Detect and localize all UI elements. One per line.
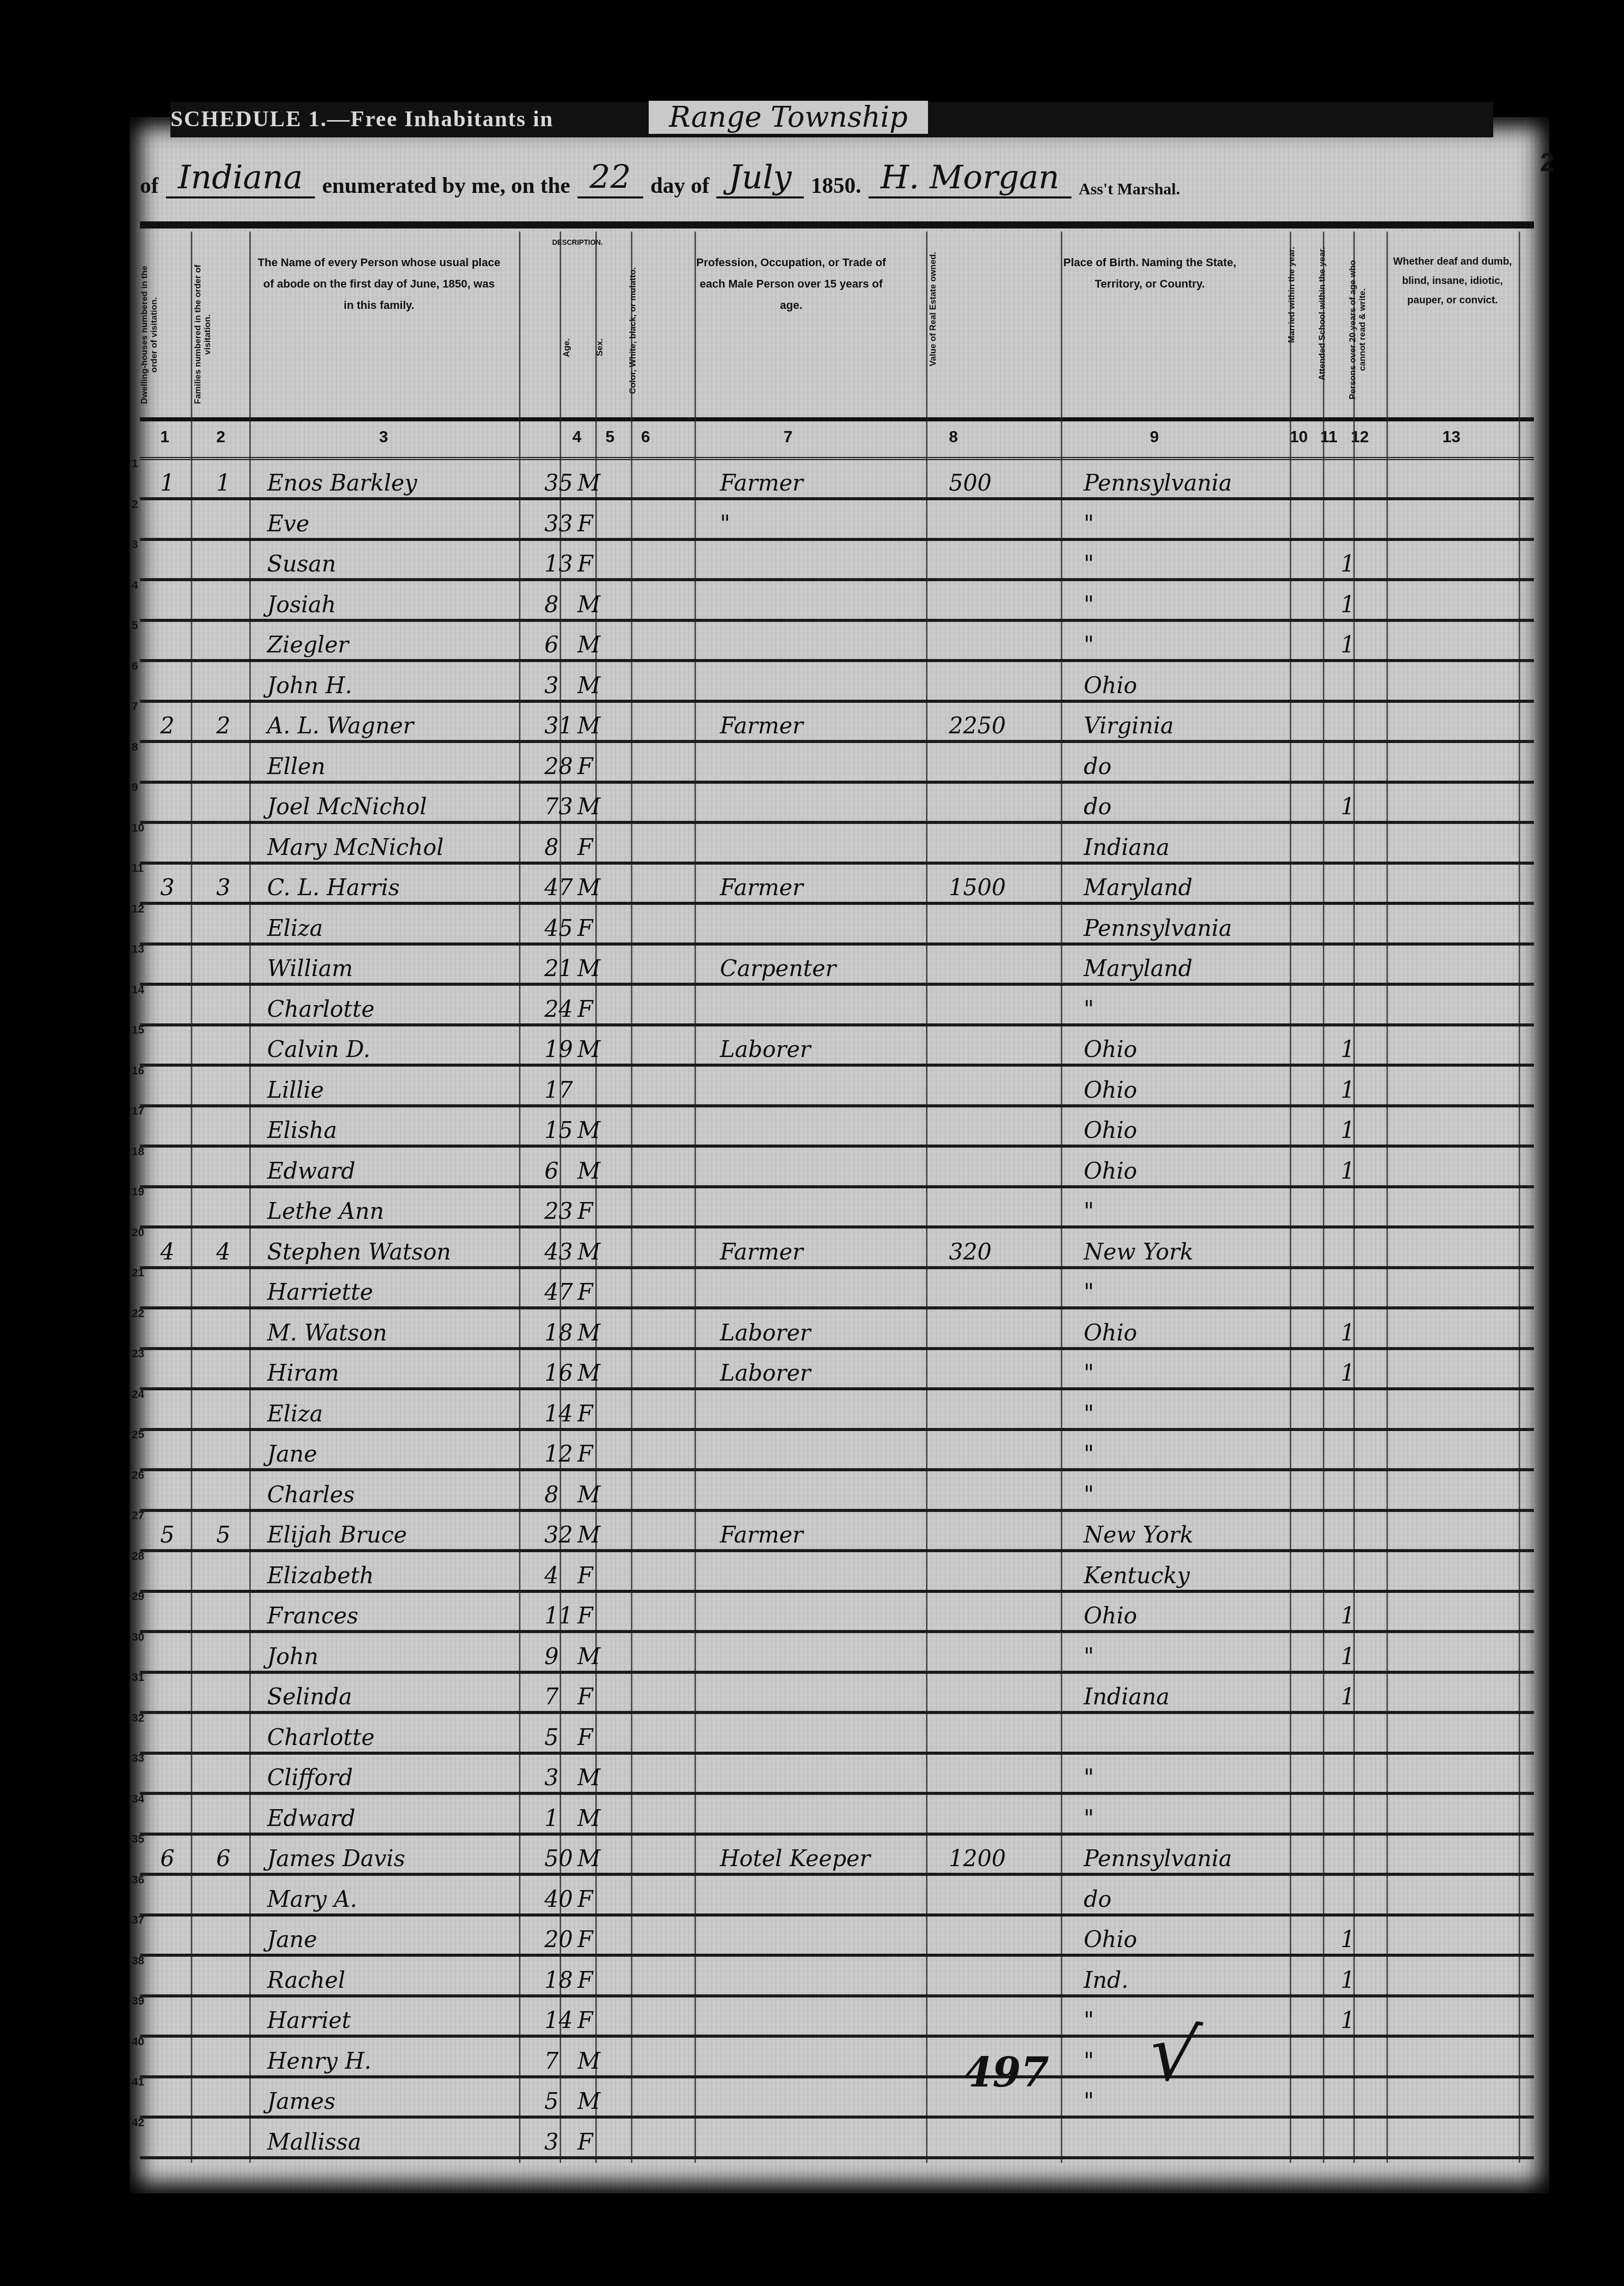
person-name: Jane <box>267 1441 317 1467</box>
column-header-name: The Name of every Person whose usual pla… <box>257 232 501 417</box>
school-attendance: 1 <box>1341 1077 1355 1103</box>
census-row: 25 Jane 12 F " <box>140 1428 1534 1471</box>
person-sex: F <box>577 1887 593 1912</box>
line-number: 14 <box>132 983 144 996</box>
census-row: 26 Charles 8 M " <box>140 1469 1534 1512</box>
birthplace: " <box>1084 2048 1094 2074</box>
line-number: 22 <box>132 1307 144 1320</box>
birthplace: Ohio <box>1084 1037 1137 1063</box>
person-name: Joel McNichol <box>267 794 427 820</box>
census-row: 38 Rachel 18 F Ind. 1 <box>140 1954 1534 1997</box>
census-row: 27 5 5 Elijah Bruce 32 M Farmer New York <box>140 1509 1534 1552</box>
person-age: 3 <box>544 673 559 699</box>
person-sex: F <box>577 1563 593 1589</box>
person-sex: F <box>577 551 593 577</box>
person-occupation: Farmer <box>720 713 803 739</box>
person-sex: M <box>577 592 600 618</box>
person-age: 13 <box>544 551 573 577</box>
person-sex: M <box>577 632 600 658</box>
enumerated-text: enumerated by me, on the <box>322 173 570 198</box>
person-name: Ellen <box>267 754 326 780</box>
person-occupation: Hotel Keeper <box>720 1846 871 1872</box>
birthplace: Ohio <box>1084 1118 1137 1144</box>
person-sex: M <box>577 2048 600 2074</box>
column-header-real-estate: Value of Real Estate owned. <box>929 232 984 417</box>
census-row: 16 Lillie 17 Ohio 1 <box>140 1064 1534 1107</box>
real-estate-value: 320 <box>949 1239 992 1265</box>
real-estate-value: 2250 <box>949 713 1006 739</box>
line-number: 34 <box>132 1792 144 1806</box>
line-number: 6 <box>132 660 138 673</box>
line-number: 8 <box>132 740 138 754</box>
census-row: 19 Lethe Ann 23 F " <box>140 1185 1534 1228</box>
column-header-sex: Sex. <box>595 232 626 417</box>
birthplace: " <box>1084 551 1094 577</box>
person-occupation: Carpenter <box>720 956 836 982</box>
person-name: Selinda <box>267 1684 352 1710</box>
line-number: 11 <box>132 862 143 875</box>
column-header-disability: Whether deaf and dumb, blind, insane, id… <box>1386 232 1519 417</box>
person-sex: F <box>577 2129 593 2155</box>
birthplace: Indiana <box>1084 1684 1170 1710</box>
census-row: 10 Mary McNichol 8 F Indiana <box>140 821 1534 865</box>
line-number: 17 <box>132 1104 144 1118</box>
census-row: 39 Harriet 14 F " 1 <box>140 1994 1534 2038</box>
person-name: Enos Barkley <box>267 470 417 496</box>
line-number: 20 <box>132 1226 144 1239</box>
line-number: 5 <box>132 619 138 632</box>
birthplace: " <box>1084 1806 1094 1832</box>
person-sex: F <box>577 1441 593 1467</box>
line-number: 24 <box>132 1388 144 1401</box>
person-age: 16 <box>544 1360 573 1386</box>
line-number: 19 <box>132 1185 144 1198</box>
person-age: 6 <box>544 1158 559 1184</box>
person-sex: M <box>577 1482 600 1508</box>
census-row: 7 2 2 A. L. Wagner 31 M Farmer 2250 Virg… <box>140 700 1534 743</box>
person-sex: M <box>577 2089 600 2114</box>
person-sex: M <box>577 1158 600 1184</box>
person-name: Edward <box>267 1806 355 1832</box>
column-header-birthplace: Place of Birth. Naming the State, Territ… <box>1056 232 1244 417</box>
person-name: Eve <box>267 511 309 537</box>
line-number: 29 <box>132 1590 144 1603</box>
person-sex: F <box>577 1198 593 1224</box>
dwelling-number: 2 <box>160 713 175 739</box>
person-sex: M <box>577 470 600 496</box>
heading-rule <box>140 221 1534 228</box>
person-sex: F <box>577 1725 593 1751</box>
real-estate-value: 500 <box>949 470 992 496</box>
census-row: 6 John H. 3 M Ohio <box>140 660 1534 703</box>
birthplace: " <box>1084 2008 1094 2034</box>
family-number: 4 <box>216 1239 230 1265</box>
census-row: 30 John 9 M " 1 <box>140 1631 1534 1674</box>
enumeration-month: July <box>716 159 804 198</box>
person-age: 47 <box>544 875 573 901</box>
person-sex: M <box>577 1037 600 1063</box>
dwelling-number: 5 <box>160 1522 175 1548</box>
person-name: Eliza <box>267 916 323 941</box>
person-age: 20 <box>544 1927 573 1953</box>
birthplace: Ohio <box>1084 1077 1137 1103</box>
census-page: SCHEDULE 1.—Free Inhabitants in Range To… <box>130 117 1549 2193</box>
dwelling-number: 4 <box>160 1239 175 1265</box>
marshal-text: Ass't Marshal. <box>1079 180 1180 198</box>
birthplace: Indiana <box>1084 835 1170 861</box>
person-name: Charlotte <box>267 1725 374 1751</box>
column-number: 13 <box>1442 427 1461 446</box>
line-number: 21 <box>132 1266 144 1279</box>
line-number: 26 <box>132 1469 144 1482</box>
census-row: 22 M. Watson 18 M Laborer Ohio 1 <box>140 1307 1534 1350</box>
person-age: 18 <box>544 1320 573 1346</box>
school-attendance: 1 <box>1341 1644 1355 1670</box>
birthplace: Pennsylvania <box>1084 1846 1232 1872</box>
line-number: 15 <box>132 1023 144 1037</box>
line-number: 36 <box>132 1873 144 1887</box>
person-name: Lethe Ann <box>267 1198 384 1224</box>
column-number: 5 <box>605 427 615 446</box>
line-number: 37 <box>132 1913 144 1927</box>
birthplace: " <box>1084 511 1094 537</box>
census-row: 14 Charlotte 24 F " <box>140 983 1534 1026</box>
birthplace: " <box>1084 1441 1094 1467</box>
birthplace: " <box>1084 1401 1094 1427</box>
birthplace: do <box>1084 1887 1112 1912</box>
person-age: 47 <box>544 1279 573 1305</box>
column-header-occupation: Profession, Occupation, or Trade of each… <box>694 232 888 417</box>
birthplace: Virginia <box>1084 713 1174 739</box>
person-name: Calvin D. <box>267 1037 370 1063</box>
enumeration-year: 1850. <box>811 173 861 198</box>
family-number: 2 <box>216 713 230 739</box>
school-attendance: 1 <box>1341 1967 1355 1993</box>
census-row: 18 Edward 6 M Ohio 1 <box>140 1145 1534 1188</box>
person-age: 12 <box>544 1441 573 1467</box>
census-row: 13 William 21 M Carpenter Maryland <box>140 942 1534 986</box>
person-sex: M <box>577 1320 600 1346</box>
person-name: Harriette <box>267 1279 373 1305</box>
census-row: 3 Susan 13 F " 1 <box>140 538 1534 581</box>
birthplace: Pennsylvania <box>1084 470 1232 496</box>
birthplace: do <box>1084 754 1112 780</box>
census-row: 34 Edward 1 M " <box>140 1792 1534 1836</box>
census-row: 36 Mary A. 40 F do <box>140 1873 1534 1917</box>
column-number: 2 <box>216 427 225 446</box>
person-name: Rachel <box>267 1967 345 1993</box>
person-sex: M <box>577 875 600 901</box>
person-name: Elijah Bruce <box>267 1522 407 1548</box>
school-attendance: 1 <box>1341 632 1355 658</box>
person-age: 11 <box>544 1603 573 1629</box>
person-name: Stephen Watson <box>267 1239 451 1265</box>
school-attendance: 1 <box>1341 1927 1355 1953</box>
person-age: 19 <box>544 1037 573 1063</box>
census-row: 33 Clifford 3 M " <box>140 1752 1534 1795</box>
person-age: 18 <box>544 1967 573 1993</box>
birthplace: Pennsylvania <box>1084 916 1232 941</box>
person-sex: F <box>577 916 593 941</box>
column-header-block: Dwelling-houses numbered in the order of… <box>140 232 1534 417</box>
state-prefix: of <box>140 173 159 198</box>
census-row: 9 Joel McNichol 73 M do 1 <box>140 781 1534 824</box>
person-age: 73 <box>544 794 573 820</box>
column-number: 4 <box>572 427 582 446</box>
person-age: 4 <box>544 1563 559 1589</box>
person-sex: M <box>577 1644 600 1670</box>
person-name: C. L. Harris <box>267 875 400 901</box>
line-number: 38 <box>132 1954 144 1967</box>
person-name: Eliza <box>267 1401 323 1427</box>
line-number: 41 <box>132 2075 144 2089</box>
person-sex: F <box>577 835 593 861</box>
birthplace: " <box>1084 1482 1094 1508</box>
person-sex: M <box>577 1765 600 1791</box>
birthplace: New York <box>1084 1522 1194 1548</box>
person-age: 31 <box>544 713 573 739</box>
line-number: 10 <box>132 821 144 835</box>
person-occupation: " <box>720 511 730 537</box>
line-number: 31 <box>132 1671 144 1684</box>
birthplace: " <box>1084 996 1094 1022</box>
column-header-age: Age. <box>562 232 593 417</box>
line-number: 3 <box>132 538 138 551</box>
person-sex: F <box>577 1927 593 1953</box>
line-number: 28 <box>132 1550 144 1563</box>
person-sex: M <box>577 713 600 739</box>
birthplace: Ohio <box>1084 673 1137 699</box>
person-occupation: Farmer <box>720 1522 803 1548</box>
person-sex: F <box>577 754 593 780</box>
enumerator-signature: H. Morgan <box>868 159 1072 198</box>
person-age: 43 <box>544 1239 573 1265</box>
birthplace: " <box>1084 1279 1094 1305</box>
person-sex: M <box>577 1806 600 1832</box>
enumeration-heading: of Indiana enumerated by me, on the 22 d… <box>140 142 1534 198</box>
birthplace: do <box>1084 794 1112 820</box>
person-age: 23 <box>544 1198 573 1224</box>
line-number: 18 <box>132 1145 144 1158</box>
column-header-color: Color, White, black, or mulatto. <box>628 232 669 417</box>
census-row: 24 Eliza 14 F " <box>140 1388 1534 1431</box>
day-of-text: day of <box>650 173 709 198</box>
census-row: 40 Henry H. 7 M " <box>140 2035 1534 2078</box>
birthplace: Ind. <box>1084 1967 1128 1993</box>
line-number: 1 <box>132 457 138 470</box>
census-row: 42 Mallissa 3 F <box>140 2116 1534 2159</box>
township-name: Range Township <box>649 101 928 136</box>
school-attendance: 1 <box>1341 592 1355 618</box>
person-sex: F <box>577 996 593 1022</box>
person-sex: F <box>577 1684 593 1710</box>
line-number: 35 <box>132 1833 144 1846</box>
line-number: 30 <box>132 1631 144 1644</box>
person-name: Mallissa <box>267 2129 361 2155</box>
person-age: 5 <box>544 2089 559 2114</box>
person-sex: F <box>577 1401 593 1427</box>
person-sex: F <box>577 1603 593 1629</box>
school-attendance: 1 <box>1341 2008 1355 2034</box>
column-header-dwelling: Dwelling-houses numbered in the order of… <box>140 232 191 417</box>
person-age: 8 <box>544 592 559 618</box>
line-number: 25 <box>132 1428 144 1441</box>
person-name: Lillie <box>267 1077 324 1103</box>
person-occupation: Farmer <box>720 875 803 901</box>
census-row: 41 James 5 M " <box>140 2075 1534 2119</box>
line-number: 9 <box>132 781 138 794</box>
person-sex: M <box>577 1118 600 1144</box>
person-age: 7 <box>544 1684 559 1710</box>
column-number: 8 <box>949 427 958 446</box>
line-number: 12 <box>132 902 144 916</box>
census-row: 32 Charlotte 5 F <box>140 1711 1534 1755</box>
person-name: John <box>267 1644 318 1670</box>
person-age: 14 <box>544 1401 573 1427</box>
school-attendance: 1 <box>1341 1603 1355 1629</box>
birthplace: Kentucky <box>1084 1563 1190 1589</box>
state-name: Indiana <box>166 159 315 198</box>
column-number: 1 <box>160 427 169 446</box>
person-sex: F <box>577 1279 593 1305</box>
person-age: 9 <box>544 1644 559 1670</box>
person-age: 35 <box>544 470 573 496</box>
line-number: 27 <box>132 1509 144 1522</box>
person-name: Frances <box>267 1603 358 1629</box>
person-age: 21 <box>544 956 573 982</box>
census-row: 20 4 4 Stephen Watson 43 M Farmer 320 Ne… <box>140 1226 1534 1269</box>
line-number: 4 <box>132 579 138 592</box>
person-name: Charles <box>267 1482 355 1508</box>
school-attendance: 1 <box>1341 1320 1355 1346</box>
line-number: 42 <box>132 2116 144 2129</box>
line-number: 39 <box>132 1994 144 2008</box>
line-number: 33 <box>132 1752 144 1765</box>
birthplace: " <box>1084 1644 1094 1670</box>
column-number-row: 1 2 3 4 5 6 7 8 9 10 11 12 13 <box>140 417 1534 460</box>
birthplace: " <box>1084 592 1094 618</box>
line-number: 16 <box>132 1064 144 1077</box>
birthplace: " <box>1084 1198 1094 1224</box>
census-row: 29 Frances 11 F Ohio 1 <box>140 1590 1534 1633</box>
line-number: 13 <box>132 942 144 956</box>
person-name: Elizabeth <box>267 1563 374 1589</box>
census-row: 17 Elisha 15 M Ohio 1 <box>140 1104 1534 1148</box>
person-age: 24 <box>544 996 573 1022</box>
census-row: 35 6 6 James Davis 50 M Hotel Keeper 120… <box>140 1833 1534 1876</box>
person-age: 33 <box>544 511 573 537</box>
column-number: 7 <box>784 427 793 446</box>
census-row: 28 Elizabeth 4 F Kentucky <box>140 1550 1534 1593</box>
person-name: Mary A. <box>267 1887 357 1912</box>
birthplace: " <box>1084 1360 1094 1386</box>
person-age: 14 <box>544 2008 573 2034</box>
person-name: Harriet <box>267 2008 351 2034</box>
birthplace: " <box>1084 632 1094 658</box>
line-number: 23 <box>132 1347 144 1360</box>
school-attendance: 1 <box>1341 1684 1355 1710</box>
person-age: 32 <box>544 1522 573 1548</box>
person-name: Jane <box>267 1927 317 1953</box>
person-age: 6 <box>544 632 559 658</box>
person-occupation: Farmer <box>720 470 803 496</box>
person-age: 3 <box>544 1765 559 1791</box>
line-number: 40 <box>132 2035 144 2048</box>
census-row: 12 Eliza 45 F Pennsylvania <box>140 902 1534 946</box>
dwelling-number: 1 <box>160 470 175 496</box>
family-number: 5 <box>216 1522 230 1548</box>
school-attendance: 1 <box>1341 1118 1355 1144</box>
line-number: 2 <box>132 498 138 511</box>
person-name: Ziegler <box>267 632 349 658</box>
page-tally: 497 <box>964 2048 1049 2096</box>
person-age: 45 <box>544 916 573 941</box>
dwelling-number: 6 <box>160 1846 175 1872</box>
person-name: A. L. Wagner <box>267 713 414 739</box>
person-age: 50 <box>544 1846 573 1872</box>
family-number: 1 <box>216 470 230 496</box>
person-sex: M <box>577 1846 600 1872</box>
person-age: 3 <box>544 2129 559 2155</box>
person-age: 8 <box>544 1482 559 1508</box>
birthplace: " <box>1084 1765 1094 1791</box>
column-number: 6 <box>641 427 650 446</box>
person-sex: M <box>577 956 600 982</box>
schedule-label: SCHEDULE 1.—Free Inhabitants in <box>170 106 554 132</box>
census-row: 8 Ellen 28 F do <box>140 740 1534 784</box>
birthplace: Maryland <box>1084 956 1193 982</box>
school-attendance: 1 <box>1341 794 1355 820</box>
census-row: 15 Calvin D. 19 M Laborer Ohio 1 <box>140 1023 1534 1067</box>
column-number: 3 <box>379 427 388 446</box>
family-number: 3 <box>216 875 230 901</box>
person-name: William <box>267 956 353 982</box>
person-name: Edward <box>267 1158 355 1184</box>
person-sex: M <box>577 1239 600 1265</box>
person-occupation: Laborer <box>720 1320 810 1346</box>
person-name: Josiah <box>267 592 336 618</box>
family-number: 6 <box>216 1846 230 1872</box>
birthplace: Maryland <box>1084 875 1193 901</box>
census-row: 31 Selinda 7 F Indiana 1 <box>140 1671 1534 1714</box>
column-header-family: Families numbered in the order of visita… <box>193 232 249 417</box>
birthplace: Ohio <box>1084 1927 1137 1953</box>
person-name: Charlotte <box>267 996 374 1022</box>
person-occupation: Laborer <box>720 1037 810 1063</box>
person-age: 40 <box>544 1887 573 1912</box>
real-estate-value: 1500 <box>949 875 1006 901</box>
person-sex: M <box>577 1360 600 1386</box>
column-header-school: Attended School within the year. <box>1318 232 1346 417</box>
person-name: Hiram <box>267 1360 339 1386</box>
census-row: 11 3 3 C. L. Harris 47 M Farmer 1500 Mar… <box>140 862 1534 905</box>
person-age: 1 <box>544 1806 559 1832</box>
person-age: 5 <box>544 1725 559 1751</box>
birthplace: Ohio <box>1084 1158 1137 1184</box>
person-occupation: Farmer <box>720 1239 803 1265</box>
column-number: 10 <box>1290 427 1308 446</box>
school-attendance: 1 <box>1341 1037 1355 1063</box>
person-sex: F <box>577 511 593 537</box>
school-attendance: 1 <box>1341 1158 1355 1184</box>
line-number: 32 <box>132 1711 144 1725</box>
census-row: 2 Eve 33 F " " <box>140 498 1534 541</box>
person-age: 15 <box>544 1118 573 1144</box>
person-sex: F <box>577 1967 593 1993</box>
school-attendance: 1 <box>1341 1360 1355 1386</box>
census-row: 37 Jane 20 F Ohio 1 <box>140 1913 1534 1957</box>
person-name: John H. <box>267 673 352 699</box>
